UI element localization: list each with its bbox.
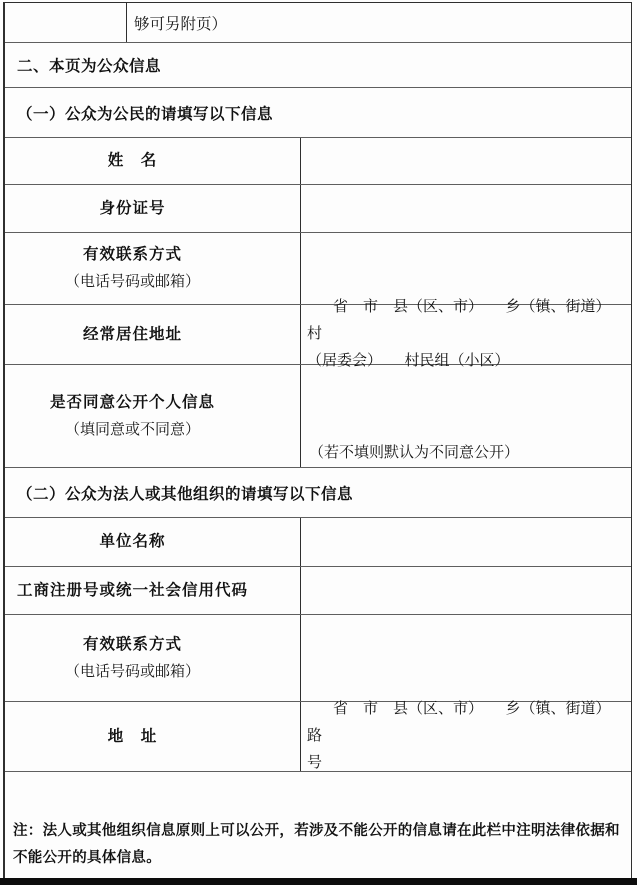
section-heading-row: 二、本页为公众信息 — [5, 43, 631, 88]
residence-template-line1: 省 市 县（区、市） 乡（镇、街道） 村 — [307, 294, 623, 348]
public-info-table: 够可另附页） 二、本页为公众信息 （一）公众为公民的请填写以下信息 姓 名 身份… — [3, 2, 632, 878]
name-value-cell — [301, 138, 631, 184]
consent-sublabel: （填同意或不同意） — [65, 417, 200, 444]
continuation-text: 够可另附页） — [127, 3, 631, 42]
consent-label: 是否同意公开个人信息 — [50, 389, 215, 417]
id-number-value-cell — [301, 185, 631, 232]
residence-row: 经常居住地址 省 市 县（区、市） 乡（镇、街道） 村 （居委会） 村民组（小区… — [5, 305, 631, 365]
name-label-cell: 姓 名 — [5, 138, 301, 184]
part2-heading-row: （二）公众为法人或其他组织的请填写以下信息 — [5, 468, 631, 518]
reg-number-label: 工商注册号或统一社会信用代码 — [17, 577, 248, 605]
note-row: 注：法人或其他组织信息原则上可以公开，若涉及不能公开的信息请在此栏中注明法律依据… — [5, 772, 631, 878]
part1-heading-row: （一）公众为公民的请填写以下信息 — [5, 88, 631, 138]
id-number-label-cell: 身份证号 — [5, 185, 301, 232]
section-heading: 二、本页为公众信息 — [5, 43, 631, 87]
org-address-label-cell: 地 址 — [5, 702, 301, 771]
residence-value-cell: 省 市 县（区、市） 乡（镇、街道） 村 （居委会） 村民组（小区） — [301, 305, 631, 364]
org-name-label: 单位名称 — [99, 528, 165, 556]
residence-label-cell: 经常居住地址 — [5, 305, 301, 364]
scanned-form-page: 够可另附页） 二、本页为公众信息 （一）公众为公民的请填写以下信息 姓 名 身份… — [0, 0, 640, 890]
consent-label-cell: 是否同意公开个人信息 （填同意或不同意） — [5, 365, 301, 467]
org-contact-label: 有效联系方式 — [83, 631, 182, 659]
consent-value-cell: （若不填则默认为不同意公开） — [301, 365, 631, 467]
note-text: 注：法人或其他组织信息原则上可以公开，若涉及不能公开的信息请在此栏中注明法律依据… — [5, 772, 631, 878]
residence-label: 经常居住地址 — [83, 321, 182, 349]
citizen-contact-sublabel: （电话号码或邮箱） — [65, 269, 200, 296]
citizen-contact-label: 有效联系方式 — [83, 241, 182, 269]
org-contact-sublabel: （电话号码或邮箱） — [65, 659, 200, 686]
id-number-label: 身份证号 — [99, 195, 165, 223]
consent-default-hint: （若不填则默认为不同意公开） — [309, 441, 519, 462]
continuation-row: 够可另附页） — [5, 3, 631, 43]
reg-number-label-cell: 工商注册号或统一社会信用代码 — [5, 567, 301, 614]
continuation-stub-cell — [5, 3, 127, 42]
org-address-row: 地 址 省 市 县（区、市） 乡（镇、街道） 路 号 — [5, 702, 631, 772]
scan-artifact-bar — [0, 878, 637, 885]
reg-number-value-cell — [301, 567, 631, 614]
org-address-template-line1: 省 市 县（区、市） 乡（镇、街道） 路 — [307, 696, 623, 750]
part1-heading: （一）公众为公民的请填写以下信息 — [5, 88, 631, 137]
org-address-value-cell: 省 市 县（区、市） 乡（镇、街道） 路 号 — [301, 702, 631, 771]
consent-row: 是否同意公开个人信息 （填同意或不同意） （若不填则默认为不同意公开） — [5, 365, 631, 468]
org-address-label: 地 址 — [108, 723, 158, 751]
org-address-template-line2: 号 — [307, 750, 623, 777]
org-name-row: 单位名称 — [5, 518, 631, 567]
org-contact-value-cell — [301, 615, 631, 701]
name-row: 姓 名 — [5, 138, 631, 185]
id-number-row: 身份证号 — [5, 185, 631, 233]
name-label: 姓 名 — [108, 147, 158, 175]
part2-heading: （二）公众为法人或其他组织的请填写以下信息 — [5, 468, 631, 517]
reg-number-row: 工商注册号或统一社会信用代码 — [5, 567, 631, 615]
citizen-contact-label-cell: 有效联系方式 （电话号码或邮箱） — [5, 233, 301, 304]
org-name-value-cell — [301, 518, 631, 566]
org-contact-label-cell: 有效联系方式 （电话号码或邮箱） — [5, 615, 301, 701]
org-name-label-cell: 单位名称 — [5, 518, 301, 566]
org-contact-row: 有效联系方式 （电话号码或邮箱） — [5, 615, 631, 702]
